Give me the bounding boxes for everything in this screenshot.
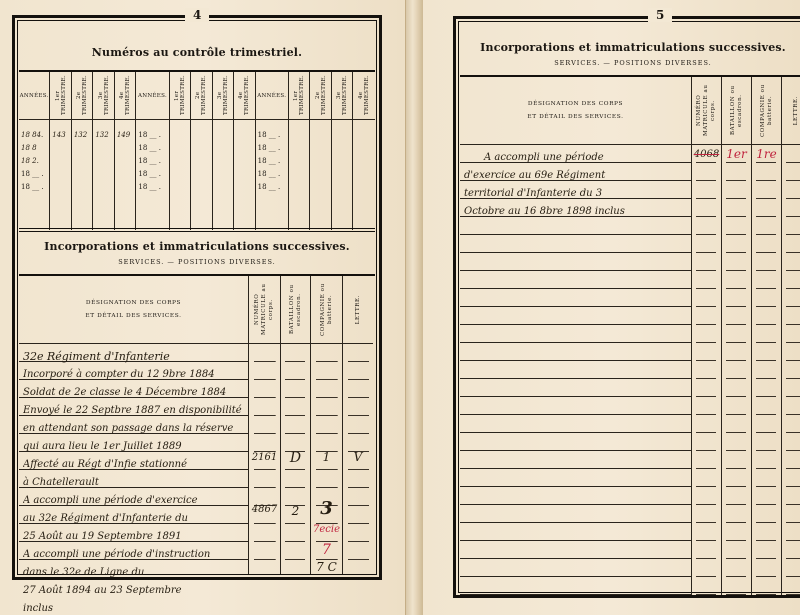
year-cell: 18 __ . [19,165,49,178]
trimestre-column: 3e TRIMESTRE. 132 [93,72,115,230]
ruled-area: 32e Régiment d'Infanterie Incorporé à co… [19,344,248,574]
trimestre-column: 2e TRIMESTRE. [310,72,332,230]
services-subtitle: SERVICES. — POSITIONS DIVERSES. [456,59,800,67]
numero-header: NUMÉRO MATRICULE au corps. [696,77,717,144]
compagnie-note: 7 C [311,560,342,574]
year-cell: 18 8 [19,139,49,152]
lettre-header: LETTRE. [793,96,800,125]
trimestre-column: 1er TRIMESTRE. 143 [50,72,72,230]
red-annotation: 7ecie [311,524,342,535]
designation-column: DÉSIGNATION DES CORPSET DÉTAIL DES SERVI… [19,276,249,574]
trimestre-header: 4e TRIMESTRE. [358,72,370,119]
year-cell: 18 __ . [136,178,168,191]
trimestre-column: 1er TRIMESTRE. [289,72,311,230]
red-annotation: 7 [311,542,342,558]
page-frame: Incorporations et immatriculations succe… [453,16,800,598]
left-page: Numéros au contrôle trimestriel. ANNÉES.… [0,0,405,615]
compagnie-header: COMPAGNIE ou batterie. [760,77,774,144]
lettre-value: V [343,450,373,464]
trimestre-value: 143 [50,126,71,139]
bataillon-header: BATAILLON ou escadron. [730,77,744,144]
bataillon-header: BATAILLON ou escadron. [289,276,303,343]
booklet-spread: Numéros au contrôle trimestriel. ANNÉES.… [0,0,800,615]
numero-value: 4068 [692,149,721,160]
trimestre-header: 2e TRIMESTRE. [76,72,88,119]
bataillon-value: 2 [281,504,310,518]
bataillon-value: D [281,450,310,466]
trimestre-value: 149 [115,126,136,139]
trimestre-header: 2e TRIMESTRE. [315,72,327,119]
trimestre-column: 3e TRIMESTRE. [213,72,235,230]
bataillon-column: BATAILLON ou escadron. 1er [722,77,752,595]
lettre-column: LETTRE. [782,77,800,595]
services-section-title: Incorporations et immatriculations succe… [15,240,379,253]
trimestre-header: 3e TRIMESTRE. [217,72,229,119]
compagnie-value: 1re [752,147,781,161]
page-frame: Numéros au contrôle trimestriel. ANNÉES.… [12,15,382,580]
numero-value: 4867 [249,504,280,515]
book-gutter [405,0,423,615]
annees-column: ANNÉES. 18 84. 18 8 18 2. 18 __ . 18 __ … [19,72,50,230]
year-cell: 18 __ . [256,178,288,191]
compagnie-value: 3 [311,498,342,519]
year-cell: 18 __ . [19,178,49,191]
services-table: DÉSIGNATION DES CORPSET DÉTAIL DES SERVI… [460,75,800,595]
lettre-column: LETTRE. V [343,276,373,574]
trimestre-header: 3e TRIMESTRE. [98,72,110,119]
trimestre-column: 3e TRIMESTRE. [332,72,354,230]
trimestre-column: 2e TRIMESTRE. 132 [72,72,94,230]
ruled-area: A accompli une période d'exercice au 69e… [460,145,691,595]
year-cell: 18 2. [19,152,49,165]
year-cell: 18 __ . [136,152,168,165]
designation-header: DÉSIGNATION DES CORPSET DÉTAIL DES SERVI… [19,276,248,344]
trimestre-header: 4e TRIMESTRE. [238,72,250,119]
year-cell: 18 __ . [136,165,168,178]
trimestre-header: 1er TRIMESTRE. [293,72,305,119]
annees-column: ANNÉES. 18 __ . 18 __ . 18 __ . 18 __ . … [136,72,169,230]
designation-column: DÉSIGNATION DES CORPSET DÉTAIL DES SERVI… [460,77,692,595]
page-number: 5 [648,8,672,22]
trimestre-table: ANNÉES. 18 84. 18 8 18 2. 18 __ . 18 __ … [19,70,375,230]
service-entry: A accompli une période d'exercice au 69e… [464,149,689,221]
annees-header: ANNÉES. [136,72,168,120]
trimestre-column: 4e TRIMESTRE. [353,72,375,230]
trimestre-header: 4e TRIMESTRE. [119,72,131,119]
year-cell: 18 84. [19,126,49,139]
numero-value: 2161 [249,452,280,463]
year-cell: 18 __ . [136,139,168,152]
right-page: Incorporations et immatriculations succe… [423,0,800,615]
trimestre-header: 1er TRIMESTRE. [174,72,186,119]
designation-header: DÉSIGNATION DES CORPSET DÉTAIL DES SERVI… [460,77,691,145]
compagnie-column: COMPAGNIE ou batterie. 1 3 7ecie 7 7 C [311,276,343,574]
trimestre-column: 4e TRIMESTRE. 149 [115,72,137,230]
trimestre-header: 1er TRIMESTRE. [55,72,67,119]
trimestre-header: 2e TRIMESTRE. [195,72,207,119]
compagnie-header: COMPAGNIE ou batterie. [320,276,334,343]
trimestre-section-title: Numéros au contrôle trimestriel. [15,46,379,59]
numero-header: NUMÉRO MATRICULE au corps. [254,276,275,343]
numero-column: NUMÉRO MATRICULE au corps. 4068 [692,77,722,595]
lettre-header: LETTRE. [355,295,362,324]
numero-column: NUMÉRO MATRICULE au corps. 2161 4867 [249,276,281,574]
services-table: DÉSIGNATION DES CORPSET DÉTAIL DES SERVI… [19,274,375,574]
trimestre-value: 132 [72,126,93,139]
service-entry: 32e Régiment d'Infanterie Incorporé à co… [23,348,246,615]
trimestre-header: 3e TRIMESTRE. [336,72,348,119]
year-cell: 18 __ . [256,165,288,178]
services-subtitle: SERVICES. — POSITIONS DIVERSES. [15,258,379,266]
annees-header: ANNÉES. [256,72,288,120]
trimestre-column: 4e TRIMESTRE. [234,72,256,230]
services-section-title: Incorporations et immatriculations succe… [456,41,800,54]
annees-column: ANNÉES. 18 __ . 18 __ . 18 __ . 18 __ . … [256,72,289,230]
trimestre-value: 132 [93,126,114,139]
trimestre-column: 2e TRIMESTRE. [191,72,213,230]
year-cell: 18 __ . [256,152,288,165]
compagnie-column: COMPAGNIE ou batterie. 1re [752,77,782,595]
year-cell: 18 __ . [256,139,288,152]
bataillon-column: BATAILLON ou escadron. D 2 [281,276,311,574]
trimestre-column: 1er TRIMESTRE. [170,72,192,230]
compagnie-value: 1 [311,450,342,464]
section-divider [19,228,375,232]
year-cell: 18 __ . [136,126,168,139]
bataillon-value: 1er [722,147,751,161]
page-number: 4 [185,8,209,22]
year-cell: 18 __ . [256,126,288,139]
annees-header: ANNÉES. [19,72,49,120]
